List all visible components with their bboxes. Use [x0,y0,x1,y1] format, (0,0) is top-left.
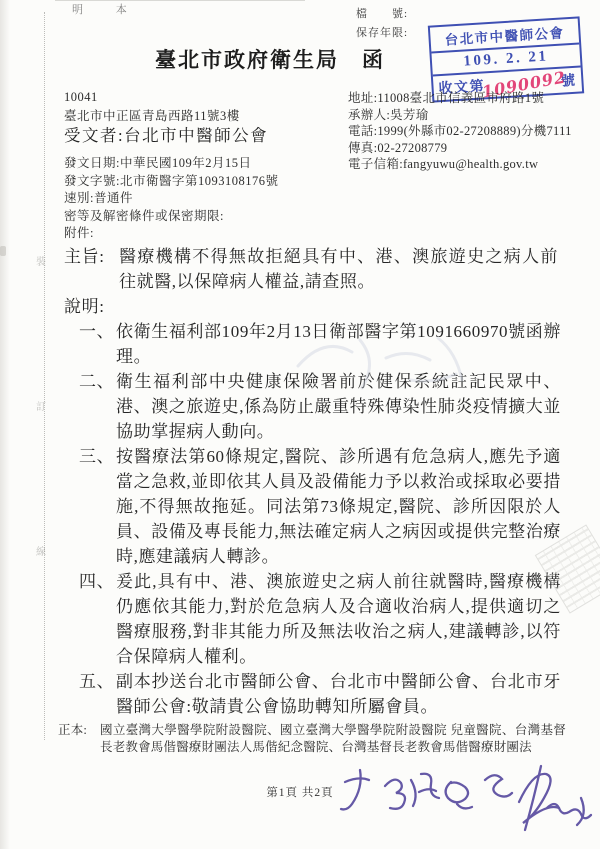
binding-margin-line [44,12,45,740]
item-number: 四、 [79,569,116,669]
recipient-line: 受文者:台北市中醫師公會 [64,122,268,146]
item-text: 按醫療法第60條規定,醫院、診所遇有危急病人,應先予適當之急救,並即依其人員及設… [116,444,561,569]
file-number-label: 檔 號: [356,5,408,24]
handwritten-signature [333,760,595,848]
cropped-text-fragment: 明 本 [72,1,142,17]
binding-mark-ding: 訂 [36,398,46,413]
fax: 傳真:02-27208779 [348,140,574,157]
file-reference-labels: 檔 號: 保存年限: [356,5,408,43]
explanation-item-5: 五、 副本抄送台北市醫師公會、台北市中醫師公會、台北市牙醫師公會:敬請貴公會協助… [79,669,561,719]
email: 電子信箱:fangyuwu@health.gov.tw [348,156,574,173]
copies-text: 國立臺灣大學醫學院附設醫院、國立臺灣大學醫學院附設醫院 兒童醫院、台灣基督長老教… [100,722,566,756]
bleed-through-handwriting [290,322,480,397]
case-officer: 承辦人:吳芳瑜 [348,107,574,124]
scanned-letter-page: 明 本 檔 號: 保存年限: 台北市中醫師公會 109. 2. 21 收文第 號… [0,0,600,849]
document-title: 臺北市政府衛生局 函 [70,44,470,74]
binding-mark-zhuang: 裝 [36,253,46,268]
subject-text: 醫療機構不得無故拒絕具有中、港、澳旅遊史之病人前往就醫,以保障病人權益,請查照。 [119,244,558,294]
issue-date: 發文日期:中華民國109年2月15日 [64,155,278,173]
delivery-speed: 速別:普通件 [64,190,278,208]
original-copies-block: 正本: 國立臺灣大學醫學院附設醫院、國立臺灣大學醫學院附設醫院 兒童醫院、台灣基… [58,722,566,756]
item-number: 一、 [79,319,116,369]
binding-mark-xian: 線 [36,543,46,558]
copies-label: 正本: [58,722,100,756]
subject-label: 主旨: [64,244,119,294]
item-text: 副本抄送台北市醫師公會、台北市中醫師公會、台北市牙醫師公會:敬請貴公會協助轉知所… [116,669,561,719]
issue-number: 發文字號:北市衛醫字第1093108176號 [64,173,278,191]
explanation-label: 說明: [64,294,105,319]
scan-smudge [0,246,6,256]
item-number: 三、 [79,444,116,569]
classification: 密等及解密條件或保密期限: [64,208,278,226]
explanation-item-3: 三、 按醫療法第60條規定,醫院、診所遇有危急病人,應先予適當之急救,並即依其人… [79,444,561,569]
retention-period-label: 保存年限: [356,24,408,43]
agency-contact-block: 地址:11008臺北市信義區市府路1號 承辦人:吳芳瑜 電話:1999(外縣市0… [348,90,574,173]
document-meta-left: 發文日期:中華民國109年2月15日 發文字號:北市衛醫字第1093108176… [64,155,278,243]
item-text: 爰此,具有中、港、澳旅遊史之病人前往就醫時,醫療機構仍應依其能力,對於危急病人及… [116,569,561,669]
phone: 電話:1999(外縣市02-27208889)分機7111 [348,123,574,140]
recipient-zip: 10041 [64,90,98,105]
item-number: 五、 [79,669,116,719]
agency-address: 地址:11008臺北市信義區市府路1號 [348,90,574,107]
item-number: 二、 [79,369,116,444]
subject-paragraph: 主旨: 醫療機構不得無故拒絕具有中、港、澳旅遊史之病人前往就醫,以保障病人權益,… [64,244,558,294]
attachments: 附件: [64,225,278,243]
explanation-item-4: 四、 爰此,具有中、港、澳旅遊史之病人前往就醫時,醫療機構仍應依其能力,對於危急… [79,569,561,669]
